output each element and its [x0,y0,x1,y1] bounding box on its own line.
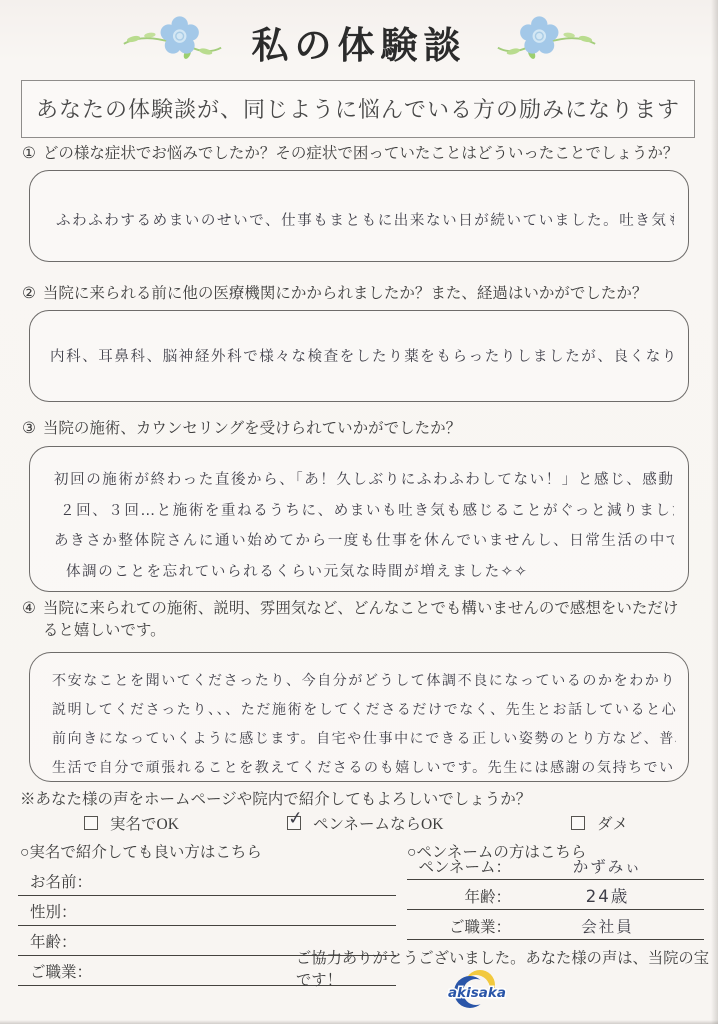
logo-text: akisaka [448,985,506,1001]
consent-option-real-name: 実名でOK [84,812,179,834]
question-2-number: ② [22,283,36,305]
handwritten-answer-line: 初回の施術が終わった直後から、「あ！久しぶりにふわふわしてない！」と感じ、感動し… [54,465,674,496]
question-1-number: ① [22,143,36,165]
handwritten-answer-line: ふわふわするめまいのせいで、仕事もまともに出来ない日が続いていました。吐き気もあ… [56,209,674,230]
answer-box-1: ふわふわするめまいのせいで、仕事もまともに出来ない日が続いていました。吐き気もあ… [29,170,689,262]
consent-option-no: ダメ [571,812,628,834]
handwritten-answer-line: あきさか整体院さんに通い始めてから一度も仕事を休んでいませんし、日常生活の中でも [54,526,674,557]
field-label: ペンネーム： [407,855,511,877]
page-header: 私の体験談 [0,12,718,71]
flower-icon [120,12,224,71]
answer-box-4: 不安なことを聞いてくださったり、今自分がどうして体調不良になっているのかをわかり… [29,652,689,782]
question-3-label: ③ 当院の施術、カウンセリングを受けられていかがでしたか？ [22,418,700,440]
question-2-label: ② 当院に来られる前に他の医療機関にかかられましたか？また、経過はいかがでしたか… [22,283,700,305]
checkbox-icon [571,816,585,830]
pen-name-fields: ペンネーム： かずみぃ 年齢： 24歳 ご職業： 会社員 [407,850,704,940]
field-label: 年齢： [407,885,511,907]
flower-icon [495,12,599,71]
handwritten-answer-line: 説明してくださったり、、、ただ施術をしてくださるだけでなく、先生とお話していると… [52,696,676,725]
field-age: 年齢： 24歳 [407,880,704,910]
akisaka-logo-icon: akisaka [436,966,512,1023]
field-label: ご職業： [407,915,511,937]
field-label: 性別： [30,900,77,922]
handwritten-answer-line: ２回、３回…と施術を重ねるうちに、めまいも吐き気も感じることがぐっと減りました。 [60,496,674,527]
handwritten-answer-line: 不安なことを聞いてくださったり、今自分がどうして体調不良になっているのかをわかり… [52,667,676,696]
field-label: お名前： [30,870,92,892]
question-4-number: ④ [22,598,36,642]
real-name-section-heading: ○実名で紹介しても良い方はこちら [20,840,262,862]
field-occupation: ご職業： 会社員 [407,910,704,940]
question-1-label: ① どの様な症状でお悩みでしたか？その症状で困っていたことはどういったことでしょ… [22,143,700,165]
testimonial-sheet: 私の体験談 あなたの体験談が、同じように悩んでいる方の励みになります ① [0,0,718,1024]
checkbox-icon [84,816,98,830]
answer-box-3: 初回の施術が終わった直後から、「あ！久しぶりにふわふわしてない！」と感じ、感動し… [29,446,689,592]
consent-option-pen-name: ✓ ペンネームならOK [287,812,443,834]
field-name: お名前： [18,866,396,896]
handwritten-answer-line: 生活で自分で頑張れることを教えてくださるのも嬉しいです。先生には感謝の気持ちでい… [52,754,676,782]
page-title: 私の体験談 [252,15,467,69]
check-mark: ✓ [287,807,304,829]
handwritten-answer-line: 体調のことを忘れていられるくらい元気な時間が増えました✧✧ [66,557,674,588]
consent-option-label: 実名でOK [110,812,179,834]
handwritten-answer-line: 前向きになっていくように感じます。自宅や仕事中にできる正しい姿勢のとり方など、普… [52,725,676,754]
scan-edge [711,0,718,1024]
field-pen-name: ペンネーム： かずみぃ [407,850,704,880]
question-4-label: ④ 当院に来られての施術、説明、雰囲気など、どんなことでも構いませんので感想をい… [22,598,700,642]
field-value: かずみぃ [511,855,704,877]
consent-option-label: ダメ [597,812,628,834]
consent-option-label: ペンネームならOK [313,812,443,834]
answer-box-2: 内科、耳鼻科、脳神経外科で様々な検査をしたり薬をもらったりしましたが、良くなりま… [29,310,689,402]
checkbox-checked-icon: ✓ [287,816,301,830]
field-value: 24歳 [511,883,704,907]
question-3-number: ③ [22,418,36,440]
field-value: 会社員 [511,915,704,937]
scan-edge [0,1020,718,1024]
handwritten-answer-line: 内科、耳鼻科、脳神経外科で様々な検査をしたり薬をもらったりしましたが、良くなりま… [50,345,674,366]
consent-question: ※あなた様の声をホームページや院内で紹介してもよろしいでしょうか？ [20,787,531,809]
intro-banner: あなたの体験談が、同じように悩んでいる方の励みになります [21,80,695,138]
field-label: 年齢： [30,930,77,952]
field-label: ご職業： [30,960,92,982]
field-gender: 性別： [18,896,396,926]
